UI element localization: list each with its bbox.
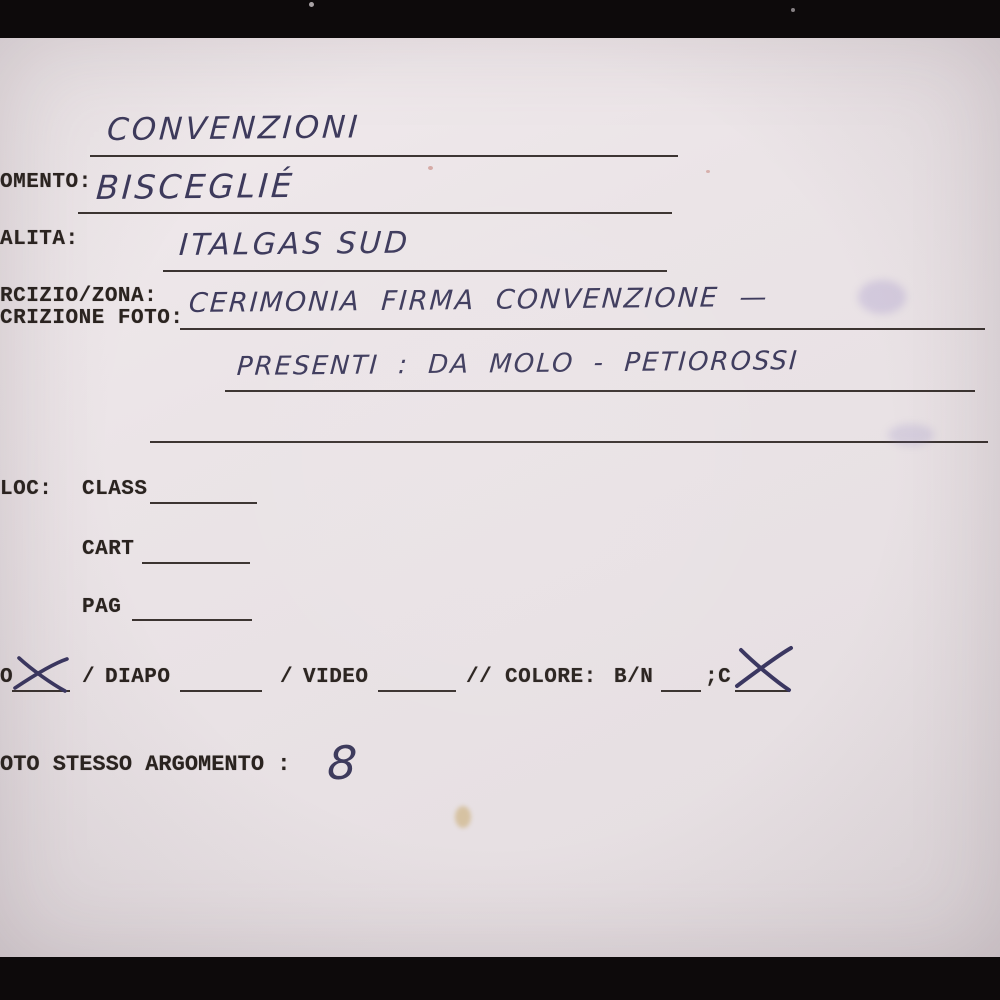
zone-field-label: RCIZIO/ZONA: [0, 285, 157, 308]
loc-cart-label: CART [82, 538, 134, 561]
loc-label: LOC: [0, 478, 52, 501]
separator-c: // [466, 666, 492, 689]
colore-label: COLORE: [505, 666, 597, 689]
subject-field-label: OMENTO: [0, 171, 92, 194]
count-label-truncated: OTO STESSO ARGOMENTO : [0, 752, 290, 777]
c-label: ;C [705, 666, 731, 689]
separator-b: / [280, 666, 293, 689]
bn-label: B/N [614, 666, 653, 689]
archive-index-card: OMENTO: CONVENZIONI ALITA: BISCEGLIÉ RCI… [0, 38, 1000, 957]
video-label: VIDEO [303, 666, 369, 689]
locality-field-line [78, 212, 672, 214]
colore-x-mark [733, 644, 795, 696]
description-field-label: CRIZIONE FOTO: [0, 307, 183, 330]
loc-class-label: CLASS [82, 478, 148, 501]
border-speck-1 [309, 2, 314, 7]
locality-field-value: BISCEGLIÉ [95, 166, 296, 207]
zone-field-line [163, 270, 667, 272]
description-line-1 [180, 328, 985, 330]
description-line-3 [150, 441, 988, 443]
border-speck-2 [791, 8, 795, 12]
separator-a: / [82, 666, 95, 689]
description-value-1: CERIMONIA FIRMA CONVENZIONE — [188, 282, 769, 319]
bn-line [661, 690, 701, 692]
subject-field-line [90, 155, 678, 157]
photo-archive-scan: { "archive_card": { "subject": { "label"… [0, 0, 1000, 1000]
diapo-label: DIAPO [105, 666, 171, 689]
ink-smudge-top [858, 280, 906, 314]
subject-field-value: CONVENZIONI [106, 109, 361, 148]
loc-class-line [150, 502, 257, 504]
diapo-line [180, 690, 262, 692]
paper-speck-2 [706, 170, 710, 173]
description-line-2 [225, 390, 975, 392]
count-value: 8 [326, 736, 358, 790]
paper-stain [455, 806, 471, 828]
paper-speck-1 [428, 166, 433, 170]
description-value-2: PRESENTI : DA MOLO - PETIOROSSI [236, 346, 800, 382]
foto-x-mark [12, 654, 70, 696]
loc-pag-line [132, 619, 252, 621]
zone-field-value: ITALGAS SUD [178, 226, 411, 263]
video-line [378, 690, 456, 692]
locality-field-label: ALITA: [0, 228, 79, 251]
loc-cart-line [142, 562, 250, 564]
loc-pag-label: PAG [82, 596, 121, 619]
